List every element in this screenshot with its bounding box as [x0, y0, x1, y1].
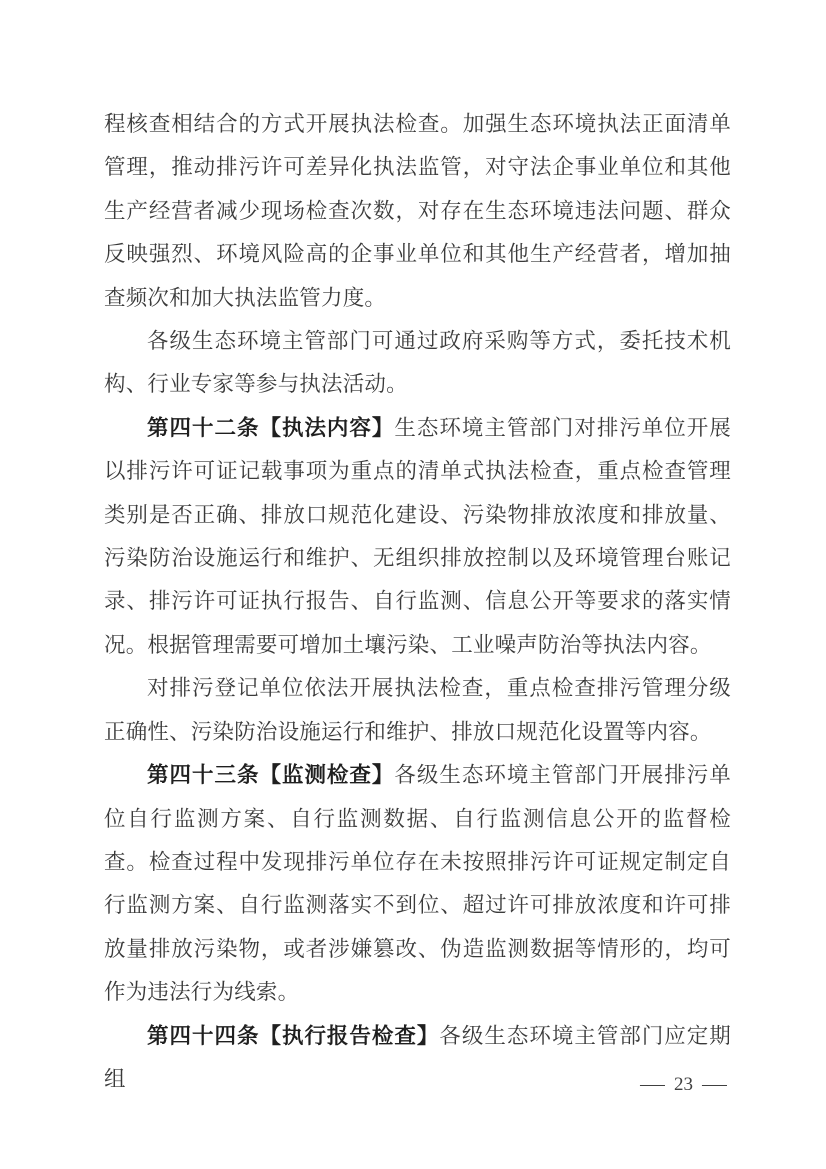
paragraph-delegation-text: 各级生态环境主管部门可通过政府采购等方式，委托技术机构、行业专家等参与执法活动。 [104, 329, 731, 396]
article-44-heading: 第四十四条【执行报告检查】 [147, 1024, 439, 1048]
document-page: 程核查相结合的方式开展执法检查。加强生态环境执法正面清单管理，推动排污许可差异化… [0, 0, 826, 1169]
article-43-text: 各级生态环境主管部门开展排污单位自行监测方案、自行监测数据、自行监测信息公开的监… [104, 763, 731, 1004]
paragraph-continued-text: 程核查相结合的方式开展执法检查。加强生态环境执法正面清单管理，推动排污许可差异化… [104, 112, 731, 310]
footer-right-dash: — [702, 1074, 727, 1096]
paragraph-registration-units: 对排污登记单位依法开展执法检查，重点检查排污管理分级正确性、污染防治设施运行和维… [104, 667, 731, 754]
page-number: 23 [672, 1074, 695, 1096]
article-43-heading: 第四十三条【监测检查】 [147, 763, 394, 787]
paragraph-continued: 程核查相结合的方式开展执法检查。加强生态环境执法正面清单管理，推动排污许可差异化… [104, 103, 731, 320]
article-44-paragraph: 第四十四条【执行报告检查】各级生态环境主管部门应定期组 [104, 1015, 731, 1102]
article-42-text: 生态环境主管部门对排污单位开展以排污许可证记载事项为重点的清单式执法检查，重点检… [104, 416, 731, 657]
footer-left-dash: — [640, 1074, 665, 1096]
article-42-heading: 第四十二条【执法内容】 [147, 416, 394, 440]
document-body: 程核查相结合的方式开展执法检查。加强生态环境执法正面清单管理，推动排污许可差异化… [104, 103, 731, 1101]
article-42-paragraph: 第四十二条【执法内容】生态环境主管部门对排污单位开展以排污许可证记载事项为重点的… [104, 407, 731, 667]
page-footer: — 23 — [643, 1074, 724, 1096]
article-43-paragraph: 第四十三条【监测检查】各级生态环境主管部门开展排污单位自行监测方案、自行监测数据… [104, 754, 731, 1014]
paragraph-delegation: 各级生态环境主管部门可通过政府采购等方式，委托技术机构、行业专家等参与执法活动。 [104, 320, 731, 407]
paragraph-registration-units-text: 对排污登记单位依法开展执法检查，重点检查排污管理分级正确性、污染防治设施运行和维… [104, 676, 731, 743]
